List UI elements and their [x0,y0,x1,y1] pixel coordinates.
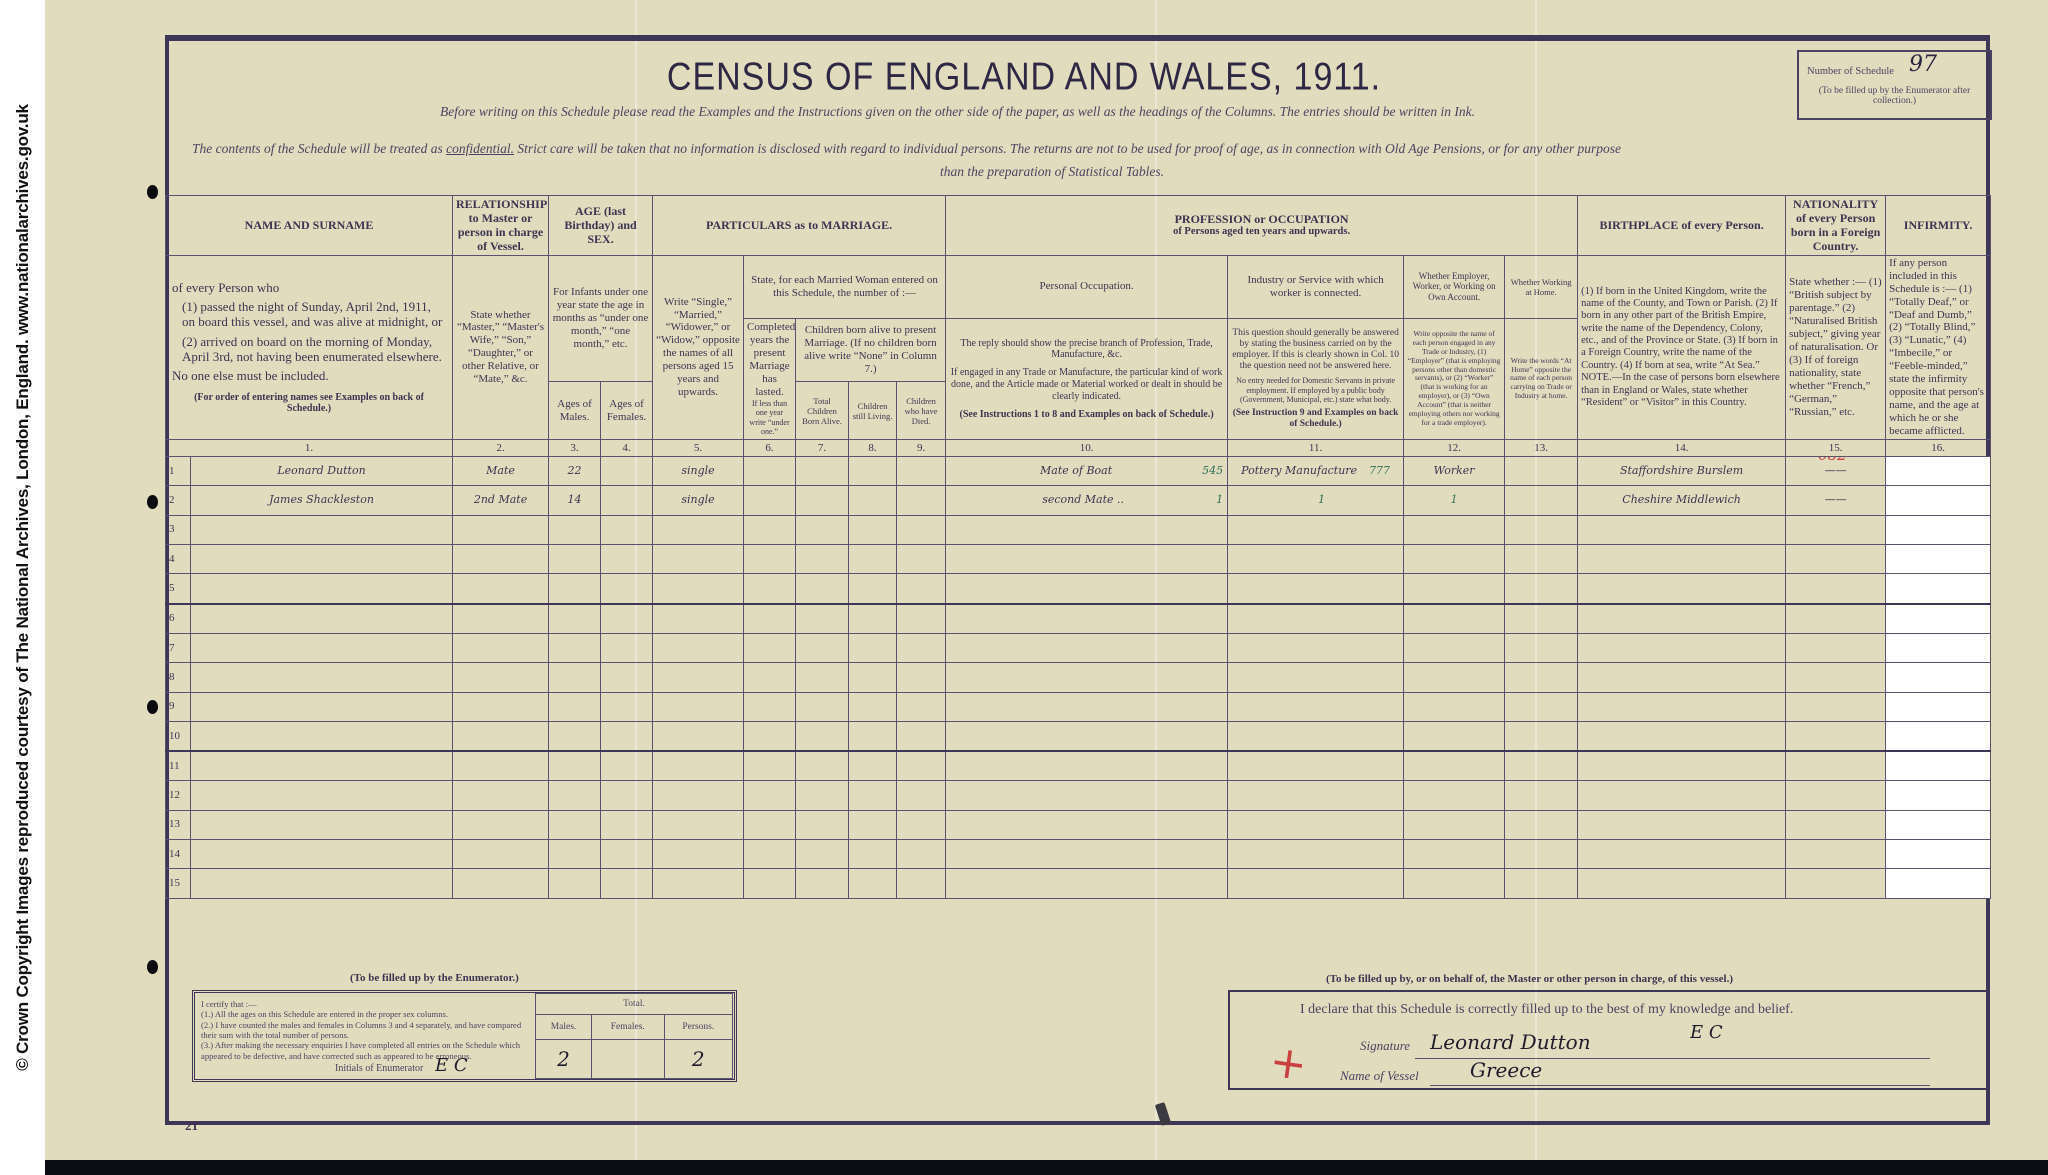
enumerator-certificate: I certify that :— (1.) All the ages on t… [192,990,737,1082]
nationality-cell: ——082 [1786,457,1886,486]
relationship-cell [453,781,549,810]
instruction-line-1: Before writing on this Schedule please r… [440,104,1475,120]
marriage-cell [653,869,744,898]
age-males-cell [549,604,601,634]
name-cell [191,633,453,662]
industry-cell [1228,663,1404,692]
occupation-cell [946,515,1228,544]
name-cell [191,810,453,839]
industry-cell [1228,840,1404,869]
header-children-living: Children still Living. [849,382,897,440]
schedule-number-value: 97 [1909,52,1937,77]
years-married-cell [744,663,796,692]
table-row: 10 [166,721,1991,751]
years-married-cell [744,574,796,604]
name-cell [191,751,453,781]
children-died-cell [897,515,946,544]
years-married-cell [744,604,796,634]
header-marriage: PARTICULARS as to MARRIAGE. [653,196,946,256]
row-number: 14 [166,840,191,869]
persons-label: Persons. [664,1015,732,1040]
children-living-cell [849,457,897,486]
nationality-description: State whether :— (1) “British subject by… [1786,255,1886,440]
children-living-cell [849,840,897,869]
industry-cell [1228,692,1404,721]
table-row: 11 [166,751,1991,781]
children-living-cell [849,545,897,574]
birthplace-cell [1578,751,1786,781]
infirmity-cell [1886,604,1991,634]
name-cell [191,840,453,869]
total-children-cell [796,663,849,692]
schedule-number-box: Number of Schedule 97 (To be filled up b… [1797,50,1992,120]
marriage-cell [653,604,744,634]
column-number: 8. [849,440,897,457]
copyright-sidebar: © Crown Copyright Images reproduced cour… [0,0,45,1175]
infirmity-cell [1886,721,1991,751]
at-home-cell [1505,574,1578,604]
children-living-cell [849,515,897,544]
relationship-cell [453,721,549,751]
marriage-cell [653,751,744,781]
nationality-cell [1786,869,1886,898]
married-woman-description: State, for each Married Woman entered on… [744,255,946,318]
column-number: 12. [1404,440,1505,457]
table-row: 14 [166,840,1991,869]
employer-cell [1404,604,1505,634]
children-died-cell [897,604,946,634]
years-married-cell [744,633,796,662]
table-row: 7 [166,633,1991,662]
occupation-cell [946,574,1228,604]
age-males-cell [549,663,601,692]
relationship-description: State whether “Master,” “Master's Wife,”… [453,255,549,440]
signature-label: Signature [1360,1038,1410,1054]
name-cell [191,663,453,692]
age-females-cell [601,781,653,810]
children-living-cell [849,604,897,634]
birthplace-cell [1578,810,1786,839]
children-died-cell [897,633,946,662]
at-home-description: Write the words “At Home” opposite the n… [1505,318,1578,440]
marriage-cell [653,781,744,810]
header-infirmity: INFIRMITY. [1886,196,1991,256]
vessel-line [1430,1085,1930,1086]
nationality-cell [1786,840,1886,869]
nationality-cell [1786,692,1886,721]
nationality-cell [1786,810,1886,839]
employer-cell [1404,840,1505,869]
total-children-cell [796,721,849,751]
at-home-cell [1505,545,1578,574]
age-females-cell [601,457,653,486]
row-number: 15 [166,869,191,898]
years-married-cell [744,515,796,544]
relationship-cell: Mate [453,457,549,486]
at-home-cell [1505,751,1578,781]
name-cell [191,545,453,574]
header-industry: Industry or Service with which worker is… [1228,255,1404,318]
birthplace-cell [1578,840,1786,869]
at-home-cell [1505,633,1578,662]
infirmity-cell [1886,781,1991,810]
infirmity-cell [1886,869,1991,898]
column-number: 15. [1786,440,1886,457]
industry-cell [1228,810,1404,839]
relationship-cell [453,604,549,634]
total-children-cell [796,486,849,515]
occupation-cell [946,840,1228,869]
name-cell [191,692,453,721]
employer-cell [1404,663,1505,692]
marriage-cell [653,840,744,869]
red-cross-mark: + [1267,1036,1311,1092]
industry-cell [1228,545,1404,574]
marriage-cell [653,692,744,721]
row-number: 5 [166,574,191,604]
total-children-cell [796,840,849,869]
age-males-cell [549,751,601,781]
marriage-cell [653,515,744,544]
header-ages-males: Ages of Males. [549,382,601,440]
table-row: 13 [166,810,1991,839]
header-relationship: RELATIONSHIP to Master or person in char… [453,196,549,256]
birthplace-cell [1578,692,1786,721]
relationship-cell [453,692,549,721]
nationality-cell [1786,721,1886,751]
nationality-cell: —— [1786,486,1886,515]
infirmity-cell [1886,545,1991,574]
column-number: 9. [897,440,946,457]
name-cell [191,869,453,898]
declaration-text: I declare that this Schedule is correctl… [1300,1002,1793,1018]
age-females-cell [601,545,653,574]
table-row: 3 [166,515,1991,544]
age-males-cell [549,633,601,662]
infirmity-cell [1886,692,1991,721]
row-number: 10 [166,721,191,751]
age-males-cell [549,515,601,544]
birthplace-cell [1578,515,1786,544]
years-married-cell [744,781,796,810]
name-description: of every Person who (1) passed the night… [166,255,453,440]
at-home-cell [1505,692,1578,721]
relationship-cell [453,545,549,574]
years-married-cell [744,457,796,486]
age-females-cell [601,810,653,839]
header-name: NAME AND SURNAME [166,196,453,256]
header-total-children: Total Children Born Alive. [796,382,849,440]
occupation-cell [946,633,1228,662]
children-living-cell [849,781,897,810]
certification-text: I certify that :— (1.) All the ages on t… [201,999,531,1061]
name-cell [191,781,453,810]
age-females-cell [601,692,653,721]
age-females-cell [601,515,653,544]
birthplace-cell [1578,781,1786,810]
punch-hole [147,495,158,509]
infirmity-cell [1886,663,1991,692]
infirmity-cell [1886,751,1991,781]
punch-hole [147,960,158,974]
age-males-cell [549,545,601,574]
nationality-cell [1786,633,1886,662]
age-description: For Infants under one year state the age… [549,255,653,382]
header-age: AGE (last Birthday) and SEX. [549,196,653,256]
nationality-cell [1786,751,1886,781]
industry-code: 777 [1369,464,1390,477]
years-married-cell [744,692,796,721]
census-rows: 1Leonard DuttonMate22singleMate of Boat5… [166,457,1991,898]
industry-cell: 1 [1228,486,1404,515]
birthplace-cell: Cheshire Middlewich [1578,486,1786,515]
children-living-cell [849,574,897,604]
marriage-cell [653,721,744,751]
occupation-cell: Mate of Boat545 [946,457,1228,486]
total-children-cell [796,692,849,721]
master-heading: (To be filled up by, or on behalf of, th… [1326,973,1733,985]
occupation-cell: second Mate ..1 [946,486,1228,515]
confidential-word: confidential. [446,141,514,156]
at-home-cell [1505,663,1578,692]
marriage-cell: single [653,457,744,486]
birthplace-cell [1578,633,1786,662]
employer-cell [1404,692,1505,721]
occupation-cell [946,663,1228,692]
females-label: Females. [592,1015,665,1040]
signature-value: Leonard Dutton [1430,1030,1591,1054]
relationship-cell [453,515,549,544]
schedule-number-label: Number of Schedule [1807,66,1894,77]
header-personal-occupation: Personal Occupation. [946,255,1228,318]
birthplace-description: (1) If born in the United Kingdom, write… [1578,255,1786,440]
at-home-cell [1505,457,1578,486]
marriage-cell [653,810,744,839]
males-total: 2 [536,1040,592,1079]
relationship-cell [453,840,549,869]
children-living-cell [849,633,897,662]
header-profession: PROFESSION or OCCUPATION of Persons aged… [946,196,1578,256]
table-row: 6 [166,604,1991,634]
children-living-cell [849,751,897,781]
nationality-cell [1786,604,1886,634]
age-males-cell [549,781,601,810]
nationality-cell [1786,515,1886,544]
header-at-home: Whether Working at Home. [1505,255,1578,318]
page-number: 21 [185,1118,198,1134]
age-males-cell: 22 [549,457,601,486]
age-females-cell [601,721,653,751]
occupation-cell [946,692,1228,721]
males-label: Males. [536,1015,592,1040]
years-married-cell [744,721,796,751]
nationality-cell [1786,545,1886,574]
age-females-cell [601,869,653,898]
row-number: 13 [166,810,191,839]
row-number: 2 [166,486,191,515]
at-home-cell [1505,840,1578,869]
header-nationality: NATIONALITY of every Person born in a Fo… [1786,196,1886,256]
schedule-number-note: (To be filled up by the Enumerator after… [1805,86,1984,106]
children-died-cell [897,751,946,781]
row-number: 3 [166,515,191,544]
years-married-cell [744,840,796,869]
children-born-description: Children born alive to present Marriage.… [796,318,946,382]
age-females-cell [601,633,653,662]
infirmity-cell [1886,486,1991,515]
nationality-cell [1786,781,1886,810]
column-number: 2. [453,440,549,457]
children-died-cell [897,486,946,515]
row-number: 8 [166,663,191,692]
table-row: 1Leonard DuttonMate22singleMate of Boat5… [166,457,1991,486]
infirmity-cell [1886,574,1991,604]
total-children-cell [796,869,849,898]
marriage-cell: single [653,486,744,515]
employer-cell [1404,810,1505,839]
employer-cell [1404,751,1505,781]
age-females-cell [601,604,653,634]
age-males-cell: 14 [549,486,601,515]
industry-cell [1228,633,1404,662]
relationship-cell [453,810,549,839]
persons-total: 2 [664,1040,732,1079]
relationship-cell [453,751,549,781]
occupation-cell [946,604,1228,634]
industry-code: 1 [1318,493,1325,506]
row-number: 9 [166,692,191,721]
at-home-cell [1505,721,1578,751]
birthplace-cell [1578,721,1786,751]
children-died-cell [897,721,946,751]
birthplace-cell [1578,574,1786,604]
copyright-text: © Crown Copyright Images reproduced cour… [0,0,45,1175]
age-females-cell [601,663,653,692]
industry-cell [1228,751,1404,781]
at-home-cell [1505,869,1578,898]
column-number: 5. [653,440,744,457]
industry-cell [1228,869,1404,898]
column-number: 7. [796,440,849,457]
page-title: CENSUS OF ENGLAND AND WALES, 1911. [0,55,2048,100]
age-males-cell [549,840,601,869]
years-married-cell [744,810,796,839]
marriage-cell [653,574,744,604]
row-number: 12 [166,781,191,810]
birthplace-cell [1578,663,1786,692]
total-children-cell [796,545,849,574]
column-number: 1. [166,440,453,457]
industry-cell [1228,604,1404,634]
occupation-cell [946,810,1228,839]
age-females-cell [601,840,653,869]
birthplace-cell [1578,604,1786,634]
employer-cell [1404,574,1505,604]
infirmity-cell [1886,633,1991,662]
years-married-cell [744,486,796,515]
header-birthplace: BIRTHPLACE of every Person. [1578,196,1786,256]
total-children-cell [796,515,849,544]
table-row: 8 [166,663,1991,692]
relationship-cell [453,633,549,662]
personal-occupation-description: The reply should show the precise branch… [946,318,1228,440]
total-children-cell [796,751,849,781]
totals-table: Total. Males. Females. Persons. 2 2 [535,993,733,1079]
children-living-cell [849,810,897,839]
age-females-cell [601,751,653,781]
column-number: 4. [601,440,653,457]
enumerator-initials-value: E C [435,1055,468,1076]
infirmity-cell [1886,457,1991,486]
nationality-code: 082 [1818,457,1847,465]
row-number: 1 [166,457,191,486]
master-initials: E C [1690,1022,1723,1043]
children-living-cell [849,869,897,898]
header-employer: Whether Employer, Worker, or Working on … [1404,255,1505,318]
infirmity-cell [1886,840,1991,869]
row-number: 4 [166,545,191,574]
at-home-cell [1505,486,1578,515]
children-living-cell [849,663,897,692]
marriage-cell [653,545,744,574]
name-cell [191,574,453,604]
totals-label: Total. [536,994,733,1015]
employer-cell: Worker [1404,457,1505,486]
employer-cell [1404,721,1505,751]
industry-cell [1228,721,1404,751]
occupation-code: 545 [1202,465,1223,478]
at-home-cell [1505,810,1578,839]
table-row: 15 [166,869,1991,898]
name-cell: James Shackleston [191,486,453,515]
initials-of-enumerator: Initials of Enumerator E C [335,1063,423,1074]
column-number: 14. [1578,440,1786,457]
children-died-cell [897,781,946,810]
age-females-cell [601,574,653,604]
row-number: 6 [166,604,191,634]
children-living-cell [849,486,897,515]
completed-years-description: Completed years the present Marriage has… [744,318,796,440]
birthplace-cell: Staffordshire Burslem [1578,457,1786,486]
header-ages-females: Ages of Females. [601,382,653,440]
instruction-line-3: than the preparation of Statistical Tabl… [940,164,1164,180]
children-living-cell [849,721,897,751]
relationship-cell [453,869,549,898]
years-married-cell [744,751,796,781]
table-row: 12 [166,781,1991,810]
birthplace-cell [1578,545,1786,574]
punch-hole [147,700,158,714]
occupation-cell [946,751,1228,781]
females-total [592,1040,665,1079]
table-row: 5 [166,574,1991,604]
relationship-cell: 2nd Mate [453,486,549,515]
age-males-cell [549,721,601,751]
name-cell [191,515,453,544]
children-died-cell [897,457,946,486]
employer-cell [1404,633,1505,662]
total-children-cell [796,574,849,604]
column-number: 10. [946,440,1228,457]
master-declaration-box: I declare that this Schedule is correctl… [1228,990,1990,1090]
infirmity-cell [1886,810,1991,839]
enumerator-heading: (To be filled up by the Enumerator.) [350,972,519,984]
years-married-cell [744,545,796,574]
children-died-cell [897,574,946,604]
employer-cell: 1 [1404,486,1505,515]
total-children-cell [796,781,849,810]
age-females-cell [601,486,653,515]
